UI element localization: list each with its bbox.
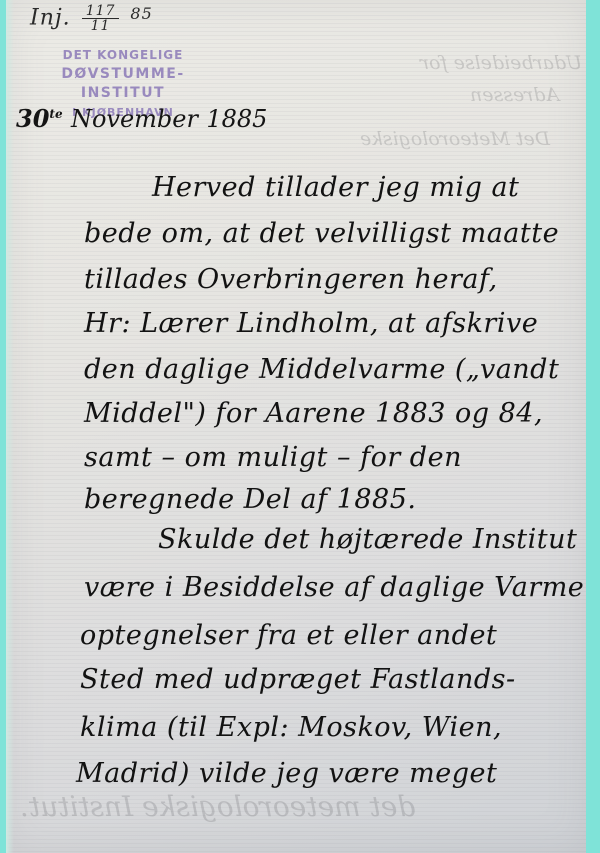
letter-line: være i Besiddelse af daglige Varme [84, 572, 584, 603]
letter-line: Madrid) vilde jeg være meget [76, 758, 497, 789]
letter-line: klima (til Expl: Moskov, Wien, [80, 712, 502, 743]
letter-line: Skulde det højtærede Institut [158, 524, 577, 555]
letter-line: Sted med udpræget Fastlands- [80, 664, 516, 695]
letter-line: den daglige Middelvarme („vandt [84, 354, 559, 385]
letter-body: Herved tillader jeg mig at bede om, at d… [0, 0, 600, 853]
letter-line: optegnelser fra et eller andet [80, 620, 497, 651]
letter-line: bede om, at det velvilligst maatte [84, 218, 559, 249]
letter-line: samt – om muligt – for den [84, 442, 462, 473]
letter-line: beregnede Del af 1885. [84, 484, 416, 515]
letter-line: Middel") for Aarene 1883 og 84, [84, 398, 543, 429]
letter-line: Hr: Lærer Lindholm, at afskrive [84, 308, 538, 339]
letter-line: Herved tillader jeg mig at [152, 172, 519, 203]
letter-line: tillades Overbringeren heraf, [84, 264, 498, 295]
